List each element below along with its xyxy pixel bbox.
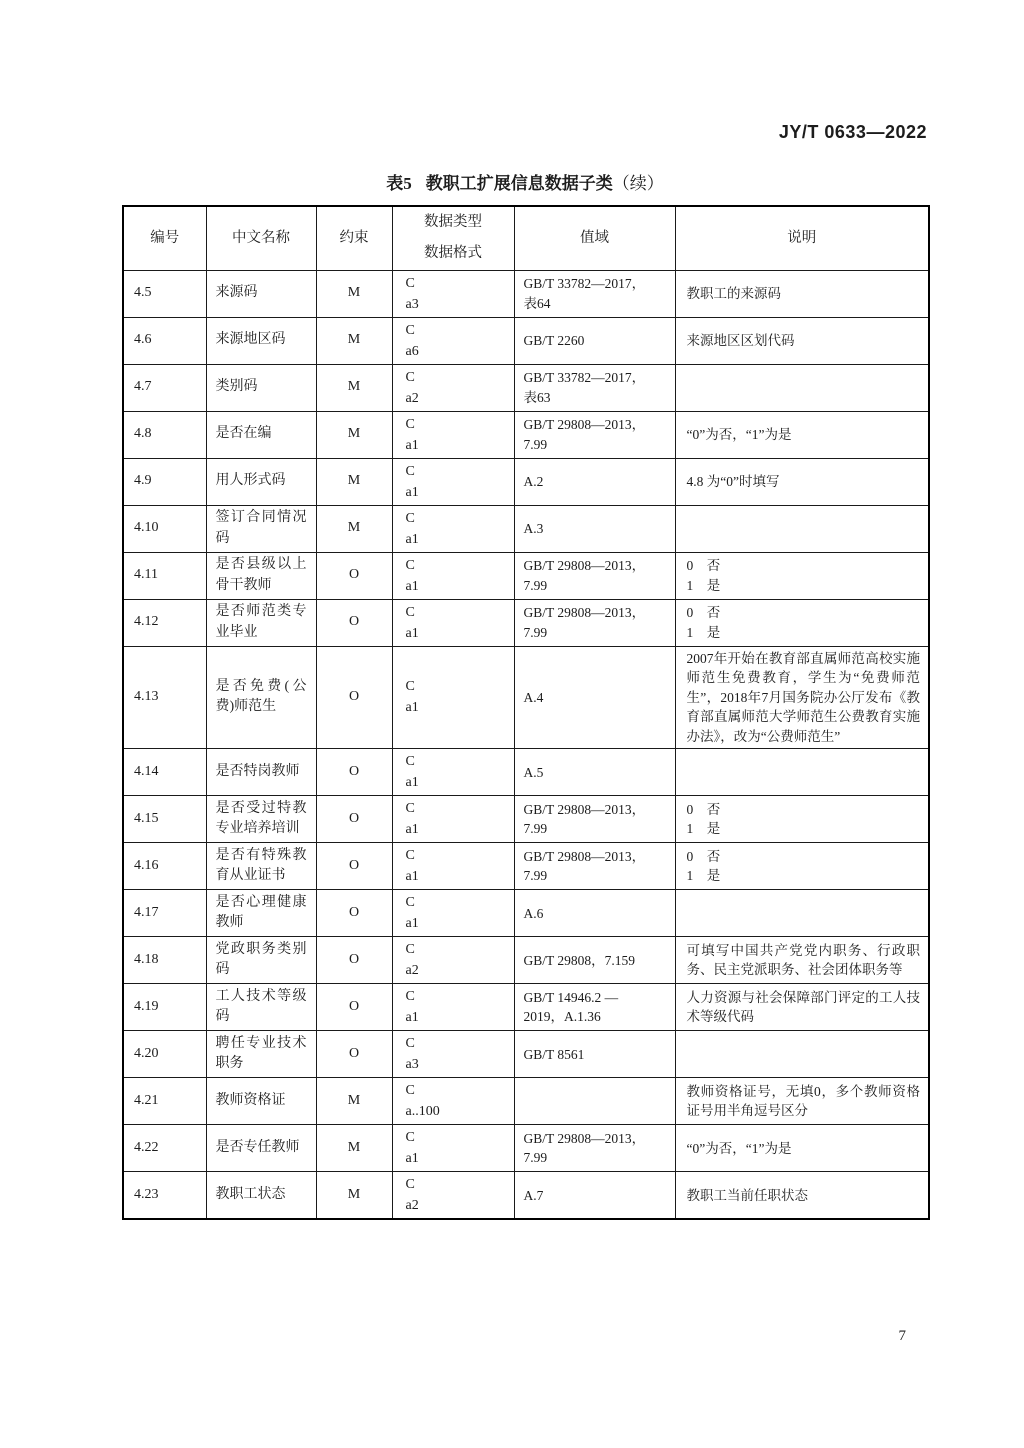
row-value-domain: A.3 [514, 505, 675, 552]
table-row: 4.6 来源地区码 M C a6 GB/T 2260 来源地区区划代码 [123, 317, 929, 364]
row-description: 教职工的来源码 [675, 270, 929, 317]
row-data-format: a2 [406, 960, 508, 981]
row-value-domain: GB/T 29808—2013，7.99 [514, 599, 675, 646]
row-type-format: C a1 [392, 411, 514, 458]
col-header-constraint: 约束 [316, 206, 392, 270]
row-type-format: C a1 [392, 843, 514, 890]
table-row: 4.5 来源码 M C a3 GB/T 33782—2017，表64 教职工的来… [123, 270, 929, 317]
row-data-type: C [406, 273, 508, 294]
row-type-format: C a6 [392, 317, 514, 364]
row-data-type: C [406, 845, 508, 866]
row-chinese-name: 是否在编 [206, 411, 316, 458]
row-data-format: a1 [406, 1007, 508, 1028]
col-header-format: 数据格式 [397, 245, 510, 262]
row-data-format: a1 [406, 866, 508, 887]
table-row: 4.17 是否心理健康教师 O C a1 A.6 [123, 890, 929, 937]
row-chinese-name: 类别码 [206, 364, 316, 411]
row-description: 教职工当前任职状态 [675, 1172, 929, 1220]
row-value-domain: A.7 [514, 1172, 675, 1220]
row-value-domain: GB/T 29808—2013，7.99 [514, 796, 675, 843]
row-chinese-name: 是否县级以上骨干教师 [206, 552, 316, 599]
row-chinese-name: 是否特岗教师 [206, 749, 316, 796]
col-header-domain: 值域 [514, 206, 675, 270]
row-constraint: M [316, 458, 392, 505]
row-data-format: a2 [406, 1195, 508, 1216]
row-id: 4.22 [123, 1125, 206, 1172]
row-value-domain: GB/T 29808—2013，7.99 [514, 1125, 675, 1172]
row-id: 4.7 [123, 364, 206, 411]
row-data-format: a2 [406, 388, 508, 409]
row-value-domain: A.5 [514, 749, 675, 796]
row-data-type: C [406, 798, 508, 819]
row-description: 0 否1 是 [675, 796, 929, 843]
row-type-format: C a1 [392, 796, 514, 843]
row-constraint: O [316, 937, 392, 984]
document-page: JY/T 0633—2022 表5教职工扩展信息数据子类（续） 编号 中文名称 … [0, 0, 1024, 1448]
row-data-type: C [406, 1174, 508, 1195]
row-data-format: a1 [406, 482, 508, 503]
row-data-format: a1 [406, 819, 508, 840]
row-chinese-name: 是否心理健康教师 [206, 890, 316, 937]
row-description: 2007年开始在教育部直属师范高校实施师范生免费教育，学生为“免费师范生”，20… [675, 646, 929, 749]
table-row: 4.7 类别码 M C a2 GB/T 33782—2017，表63 [123, 364, 929, 411]
row-value-domain: GB/T 29808—2013，7.99 [514, 411, 675, 458]
row-id: 4.23 [123, 1172, 206, 1220]
row-description [675, 749, 929, 796]
table-row: 4.20 聘任专业技术职务 O C a3 GB/T 8561 [123, 1031, 929, 1078]
table-row: 4.19 工人技术等级码 O C a1 GB/T 14946.2 —2019，A… [123, 984, 929, 1031]
row-data-type: C [406, 986, 508, 1007]
row-id: 4.9 [123, 458, 206, 505]
row-chinese-name: 来源地区码 [206, 317, 316, 364]
row-constraint: O [316, 843, 392, 890]
row-data-format: a1 [406, 435, 508, 456]
row-chinese-name: 是否有特殊教育从业证书 [206, 843, 316, 890]
row-chinese-name: 签订合同情况码 [206, 505, 316, 552]
row-constraint: O [316, 984, 392, 1031]
page-number: 7 [899, 1328, 907, 1345]
row-constraint: M [316, 270, 392, 317]
row-id: 4.5 [123, 270, 206, 317]
row-description: 人力资源与社会保障部门评定的工人技术等级代码 [675, 984, 929, 1031]
col-header-type: 数据类型 [397, 214, 510, 231]
row-description: 0 否1 是 [675, 599, 929, 646]
row-type-format: C a2 [392, 1172, 514, 1220]
row-data-format: a1 [406, 772, 508, 793]
table-header: 编号 中文名称 约束 数据类型 数据格式 值域 说明 [123, 206, 929, 270]
row-description: 0 否1 是 [675, 843, 929, 890]
row-chinese-name: 用人形式码 [206, 458, 316, 505]
row-constraint: M [316, 1125, 392, 1172]
row-data-format: a1 [406, 913, 508, 934]
table-row: 4.22 是否专任教师 M C a1 GB/T 29808—2013，7.99 … [123, 1125, 929, 1172]
row-constraint: M [316, 317, 392, 364]
table-title-prefix: 表5 [386, 174, 412, 193]
row-data-type: C [406, 1127, 508, 1148]
row-chinese-name: 是否免费(公费)师范生 [206, 646, 316, 749]
row-value-domain: GB/T 29808，7.159 [514, 937, 675, 984]
row-id: 4.19 [123, 984, 206, 1031]
row-id: 4.16 [123, 843, 206, 890]
row-data-type: C [406, 414, 508, 435]
row-type-format: C a3 [392, 1031, 514, 1078]
row-value-domain [514, 1078, 675, 1125]
row-data-type: C [406, 555, 508, 576]
row-constraint: O [316, 1031, 392, 1078]
row-value-domain: GB/T 2260 [514, 317, 675, 364]
row-data-format: a1 [406, 576, 508, 597]
row-type-format: C a2 [392, 364, 514, 411]
row-data-type: C [406, 1033, 508, 1054]
row-chinese-name: 是否师范类专业毕业 [206, 599, 316, 646]
row-data-format: a1 [406, 697, 508, 718]
row-chinese-name: 来源码 [206, 270, 316, 317]
col-header-name: 中文名称 [206, 206, 316, 270]
col-header-type-format: 数据类型 数据格式 [392, 206, 514, 270]
row-data-format: a3 [406, 1054, 508, 1075]
table-title: 表5教职工扩展信息数据子类（续） [122, 169, 928, 194]
row-id: 4.8 [123, 411, 206, 458]
table-header-row: 编号 中文名称 约束 数据类型 数据格式 值域 说明 [123, 206, 929, 270]
row-id: 4.18 [123, 937, 206, 984]
row-value-domain: GB/T 33782—2017，表64 [514, 270, 675, 317]
row-type-format: C a1 [392, 646, 514, 749]
table-row: 4.18 党政职务类别码 O C a2 GB/T 29808，7.159 可填写… [123, 937, 929, 984]
row-data-format: a1 [406, 623, 508, 644]
row-constraint: O [316, 890, 392, 937]
row-chinese-name: 是否专任教师 [206, 1125, 316, 1172]
row-type-format: C a1 [392, 505, 514, 552]
row-type-format: C a3 [392, 270, 514, 317]
col-header-id: 编号 [123, 206, 206, 270]
row-id: 4.10 [123, 505, 206, 552]
col-header-desc: 说明 [675, 206, 929, 270]
row-constraint: M [316, 1078, 392, 1125]
row-value-domain: GB/T 29808—2013，7.99 [514, 843, 675, 890]
row-chinese-name: 党政职务类别码 [206, 937, 316, 984]
row-data-type: C [406, 367, 508, 388]
row-type-format: C a..100 [392, 1078, 514, 1125]
table-row: 4.9 用人形式码 M C a1 A.2 4.8 为“0”时填写 [123, 458, 929, 505]
table-row: 4.8 是否在编 M C a1 GB/T 29808—2013，7.99 “0”… [123, 411, 929, 458]
row-constraint: O [316, 646, 392, 749]
row-type-format: C a1 [392, 552, 514, 599]
row-data-type: C [406, 939, 508, 960]
row-description: 来源地区区划代码 [675, 317, 929, 364]
row-value-domain: GB/T 8561 [514, 1031, 675, 1078]
row-id: 4.11 [123, 552, 206, 599]
row-data-type: C [406, 461, 508, 482]
row-id: 4.15 [123, 796, 206, 843]
row-value-domain: GB/T 14946.2 —2019，A.1.36 [514, 984, 675, 1031]
row-data-type: C [406, 1080, 508, 1101]
row-chinese-name: 教师资格证 [206, 1078, 316, 1125]
row-type-format: C a2 [392, 937, 514, 984]
row-description: “0”为否，“1”为是 [675, 1125, 929, 1172]
table-row: 4.16 是否有特殊教育从业证书 O C a1 GB/T 29808—2013，… [123, 843, 929, 890]
row-description: 4.8 为“0”时填写 [675, 458, 929, 505]
row-type-format: C a1 [392, 984, 514, 1031]
row-constraint: O [316, 552, 392, 599]
row-description: 0 否1 是 [675, 552, 929, 599]
table-row: 4.11 是否县级以上骨干教师 O C a1 GB/T 29808—2013，7… [123, 552, 929, 599]
row-chinese-name: 聘任专业技术职务 [206, 1031, 316, 1078]
row-description: 教师资格证号，无填0，多个教师资格证号用半角逗号区分 [675, 1078, 929, 1125]
row-data-format: a1 [406, 1148, 508, 1169]
row-type-format: C a1 [392, 749, 514, 796]
row-data-type: C [406, 602, 508, 623]
row-constraint: O [316, 749, 392, 796]
row-description: “0”为否，“1”为是 [675, 411, 929, 458]
standard-number: JY/T 0633—2022 [779, 122, 927, 143]
row-value-domain: A.4 [514, 646, 675, 749]
row-type-format: C a1 [392, 599, 514, 646]
row-description [675, 890, 929, 937]
row-type-format: C a1 [392, 890, 514, 937]
row-description [675, 505, 929, 552]
table-title-suffix: （续） [613, 174, 664, 193]
table-row: 4.14 是否特岗教师 O C a1 A.5 [123, 749, 929, 796]
table-row: 4.13 是否免费(公费)师范生 O C a1 A.4 2007年开始在教育部直… [123, 646, 929, 749]
row-type-format: C a1 [392, 458, 514, 505]
table-row: 4.10 签订合同情况码 M C a1 A.3 [123, 505, 929, 552]
row-chinese-name: 是否受过特教专业培养培训 [206, 796, 316, 843]
row-constraint: M [316, 1172, 392, 1220]
row-constraint: O [316, 796, 392, 843]
row-id: 4.13 [123, 646, 206, 749]
row-constraint: M [316, 411, 392, 458]
row-description [675, 364, 929, 411]
table-body: 4.5 来源码 M C a3 GB/T 33782—2017，表64 教职工的来… [123, 270, 929, 1219]
row-id: 4.6 [123, 317, 206, 364]
row-data-type: C [406, 676, 508, 697]
row-description [675, 1031, 929, 1078]
data-subclass-table: 编号 中文名称 约束 数据类型 数据格式 值域 说明 4.5 来源码 M C a… [122, 205, 930, 1220]
row-data-type: C [406, 320, 508, 341]
row-data-type: C [406, 892, 508, 913]
table-title-main: 教职工扩展信息数据子类 [426, 174, 613, 193]
row-data-format: a1 [406, 529, 508, 550]
row-constraint: M [316, 364, 392, 411]
row-id: 4.21 [123, 1078, 206, 1125]
row-id: 4.17 [123, 890, 206, 937]
row-data-format: a6 [406, 341, 508, 362]
row-constraint: M [316, 505, 392, 552]
row-value-domain: A.6 [514, 890, 675, 937]
row-id: 4.12 [123, 599, 206, 646]
row-data-type: C [406, 508, 508, 529]
row-type-format: C a1 [392, 1125, 514, 1172]
table-row: 4.15 是否受过特教专业培养培训 O C a1 GB/T 29808—2013… [123, 796, 929, 843]
row-chinese-name: 教职工状态 [206, 1172, 316, 1220]
row-value-domain: A.2 [514, 458, 675, 505]
row-description: 可填写中国共产党党内职务、行政职务、民主党派职务、社会团体职务等 [675, 937, 929, 984]
row-constraint: O [316, 599, 392, 646]
row-data-format: a3 [406, 294, 508, 315]
table-row: 4.12 是否师范类专业毕业 O C a1 GB/T 29808—2013，7.… [123, 599, 929, 646]
row-data-format: a..100 [406, 1101, 508, 1122]
row-id: 4.20 [123, 1031, 206, 1078]
row-id: 4.14 [123, 749, 206, 796]
row-value-domain: GB/T 29808—2013，7.99 [514, 552, 675, 599]
table-row: 4.23 教职工状态 M C a2 A.7 教职工当前任职状态 [123, 1172, 929, 1220]
table-row: 4.21 教师资格证 M C a..100 教师资格证号，无填0，多个教师资格证… [123, 1078, 929, 1125]
row-data-type: C [406, 751, 508, 772]
row-value-domain: GB/T 33782—2017，表63 [514, 364, 675, 411]
row-chinese-name: 工人技术等级码 [206, 984, 316, 1031]
